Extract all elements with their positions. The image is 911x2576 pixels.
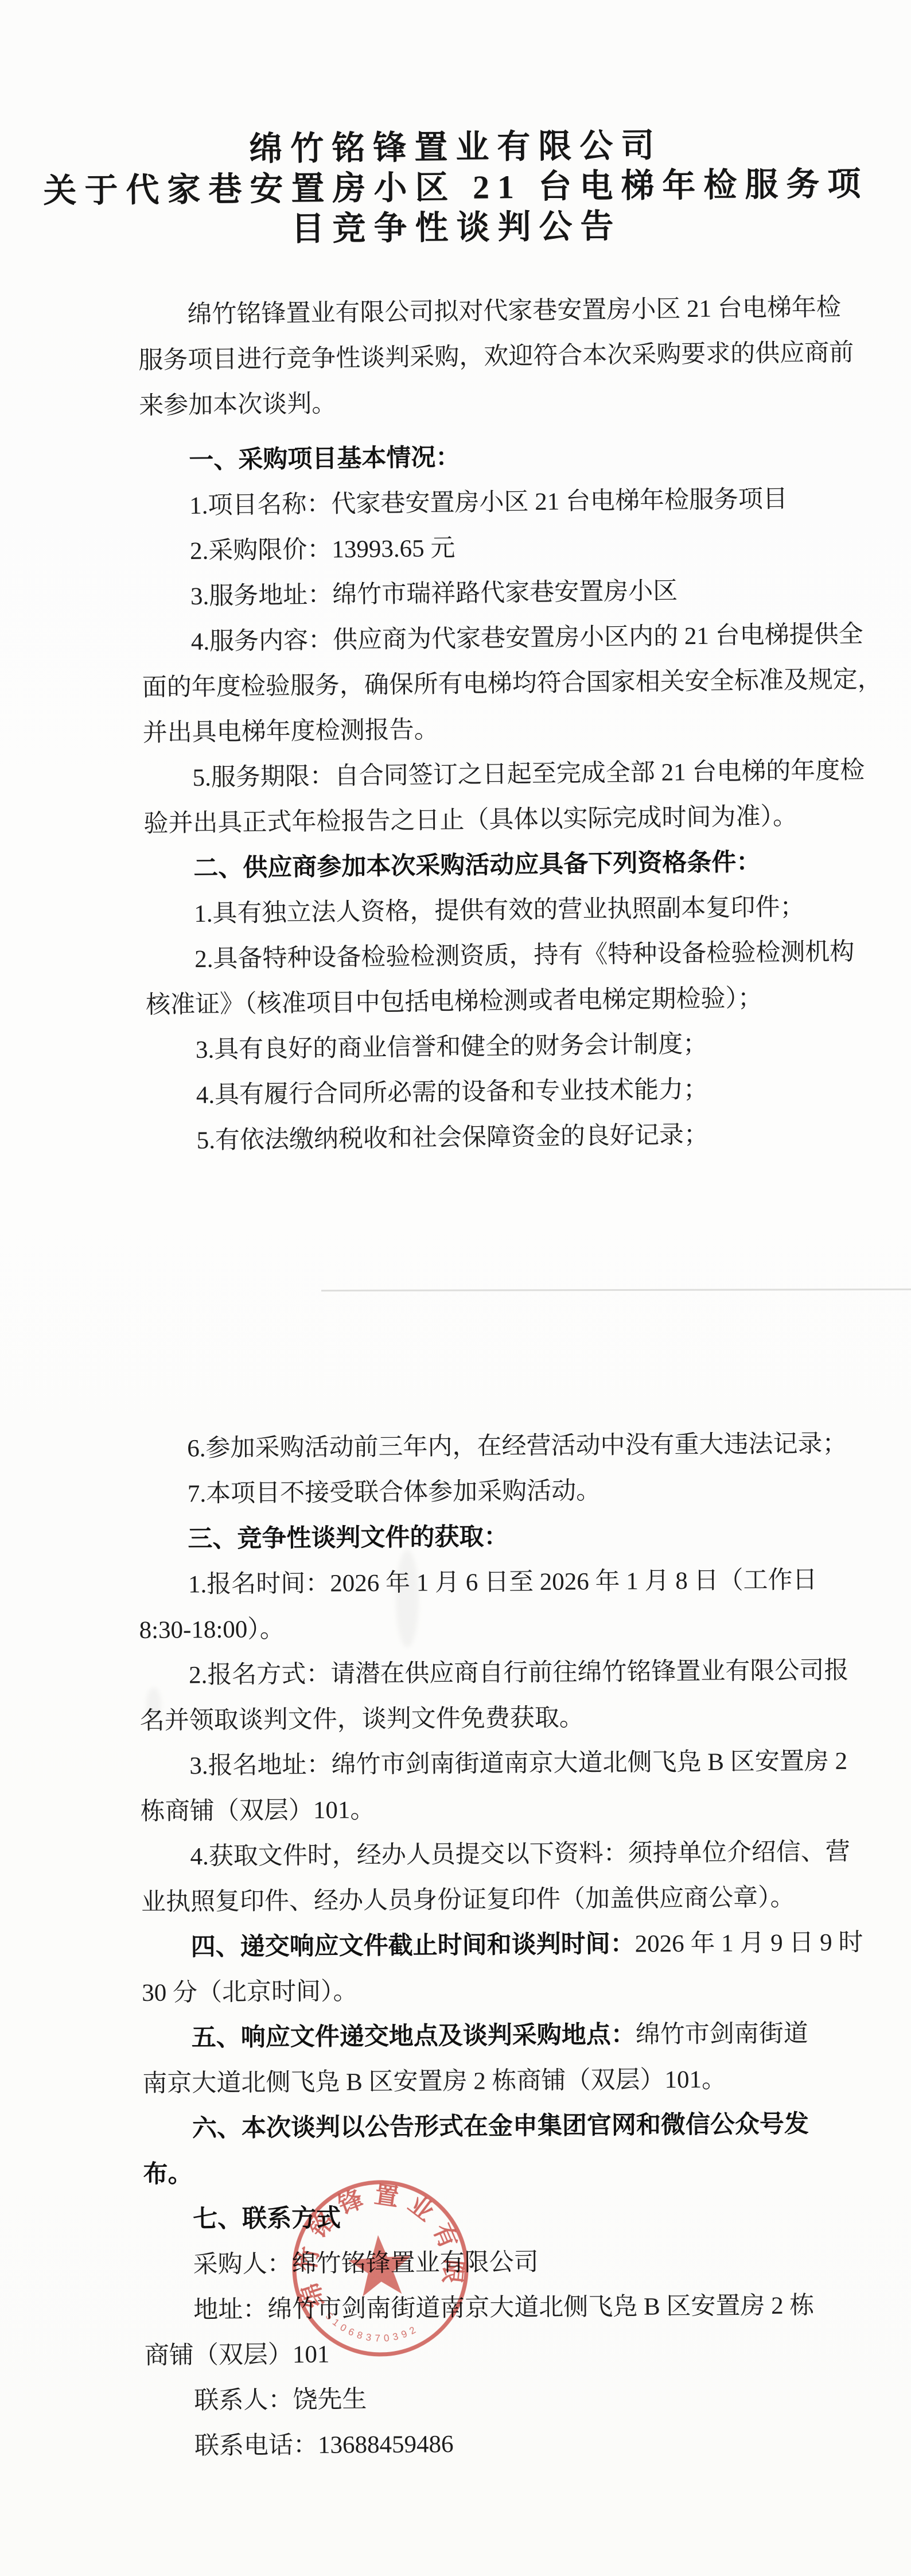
paragraph-line: 名并领取谈判文件，谈判文件免费获取。 (139, 1693, 891, 1744)
section-2-heading: 二、供应商参加本次采购活动应具备下列资格条件： (144, 838, 896, 892)
paragraph-line: 服务项目进行竞争性谈判采购，欢迎符合本次采购要求的供应商前 (138, 329, 890, 383)
section-7-heading: 七、联系方式 (143, 2191, 896, 2243)
company-seal: 绵竹铭锋置业有限公司 51068370392 (277, 2164, 485, 2373)
section-5-heading: 五、响应文件递交地点及谈判采购地点：绵竹市剑南街道 (142, 2010, 894, 2061)
paragraph-line: 并出具电梯年度检测报告。 (142, 702, 894, 756)
paragraph-line: 7.本项目不接受联合体参加采购活动。 (138, 1466, 890, 1517)
section-4-heading: 四、递交响应文件截止时间和谈判时间：2026 年 1 月 9 日 9 时 (141, 1919, 893, 1970)
title-line-2: 关于代家巷安置房小区 21 台电梯年检服务项 (1, 164, 911, 212)
contact-phone-line: 联系电话：13688459486 (145, 2418, 897, 2469)
paragraph-line: 1.项目名称：代家巷安置房小区 21 台电梯年检服务项目 (140, 475, 892, 529)
paragraph-line: 栋商铺（双层）101。 (141, 1783, 893, 1834)
body-segment-1: 绵竹铭锋置业有限公司拟对代家巷安置房小区 21 台电梯年检 服务项目进行竞争性谈… (138, 284, 899, 1164)
body-segment-2: 6.参加采购活动前三年内，在经营活动中没有重大违法记录； 7.本项目不接受联合体… (138, 1421, 897, 2469)
section-6-heading: 六、本次谈判以公告形式在金申集团官网和微信公众号发 (143, 2101, 895, 2152)
address-line: 商铺（双层）101 (145, 2327, 897, 2379)
paragraph-line: 4.服务内容：供应商为代家巷安置房小区内的 21 台电梯提供全 (141, 611, 893, 665)
paragraph-line: 来参加本次谈判。 (139, 375, 891, 429)
paragraph-line: 核准证》（核准项目中包括电梯检测或者电梯定期检验）； (146, 974, 898, 1028)
paragraph-line: 面的年度检验服务，确保所有电梯均符合国家相关安全标准及规定， (142, 657, 894, 711)
star-icon (347, 2233, 414, 2297)
title-line-3: 目竞争性谈判公告 (1, 204, 911, 252)
paragraph-line: 3.服务地址：绵竹市瑞祥路代家巷安置房小区 (141, 566, 893, 620)
paragraph-line: 5.有依法缴纳税收和社会保障资金的良好记录； (147, 1110, 899, 1164)
section-1-heading: 一、采购项目基本情况： (139, 430, 891, 484)
paragraph-line: 业执照复印件、经办人员身份证复印件（加盖供应商公章）。 (141, 1874, 893, 1925)
paragraph-line: 1.具有独立法人资格，提供有效的营业执照副本复印件； (145, 883, 897, 937)
paragraph-line: 8:30-18:00）。 (139, 1602, 891, 1653)
paragraph-line: 2.采购限价：13993.65 元 (141, 521, 893, 575)
paragraph-line: 2.报名方式：请潜在供应商自行前往绵竹铭锋置业有限公司报 (139, 1647, 891, 1698)
paragraph-line: 5.服务期限：自合同签订之日起至完成全部 21 台电梯的年度检 (143, 747, 895, 801)
paragraph-line: 3.报名地址：绵竹市剑南街道南京大道北侧飞凫 B 区安置房 2 (140, 1738, 892, 1789)
document-title: 绵竹铭锋置业有限公司 关于代家巷安置房小区 21 台电梯年检服务项 目竞争性谈判… (0, 123, 911, 252)
purchaser-line: 采购人：绵竹铭锋置业有限公司 (143, 2237, 896, 2288)
address-line: 地址：绵竹市剑南街道南京大道北侧飞凫 B 区安置房 2 栋 (144, 2282, 896, 2333)
paragraph-line: 布。 (143, 2146, 895, 2197)
paragraph-line: 4.具有履行合同所必需的设备和专业技术能力； (146, 1065, 898, 1119)
paragraph-line: 南京大道北侧飞凫 B 区安置房 2 栋商铺（双层）101。 (142, 2055, 894, 2106)
scanned-document: { "title": { "line1": "绵竹铭锋置业有限公司", "lin… (0, 0, 911, 2576)
seal-company-name: 绵竹铭锋置业有限公司 (277, 2164, 470, 2314)
paragraph-line: 1.报名时间：2026 年 1 月 6 日至 2026 年 1 月 8 日（工作… (139, 1557, 891, 1608)
paragraph-line: 验并出具正式年检报告之日止（具体以实际完成时间为准）。 (143, 793, 896, 847)
paragraph-line: 3.具有良好的商业信誉和健全的财务会计制度； (146, 1019, 898, 1073)
paragraph-line: 4.获取文件时，经办人员提交以下资料：须持单位介绍信、营 (141, 1829, 893, 1880)
paragraph-line: 2.具备特种设备检验检测资质，持有《特种设备检验检测机构 (145, 929, 897, 983)
paragraph-line: 6.参加采购活动前三年内，在经营活动中没有重大违法记录； (138, 1421, 890, 1472)
paragraph-line: 绵竹铭锋置业有限公司拟对代家巷安置房小区 21 台电梯年检 (138, 284, 890, 338)
contact-person-line: 联系人：饶先生 (145, 2373, 897, 2424)
paragraph-line: 30 分（北京时间）。 (142, 1965, 894, 2016)
section-3-heading: 三、竞争性谈判文件的获取： (138, 1511, 890, 1562)
svg-text:绵竹铭锋置业有限公司: 绵竹铭锋置业有限公司 (277, 2164, 470, 2314)
